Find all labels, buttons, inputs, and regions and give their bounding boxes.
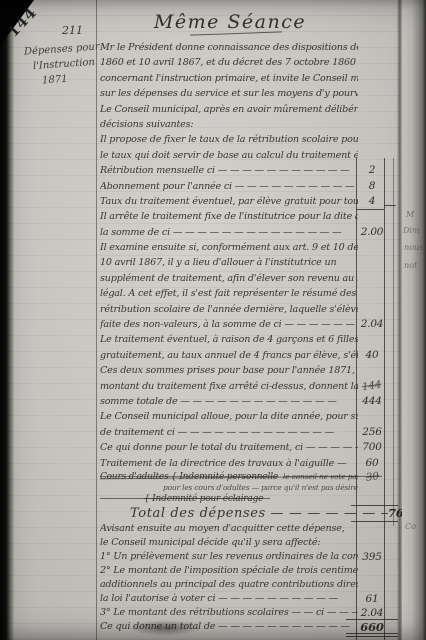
amount-value: 700 <box>358 440 398 455</box>
next-page-fragment: M <box>406 210 414 219</box>
amount-text: 8 <box>369 180 375 192</box>
line-text-wrap: montant du traitement fixe arrêté ci-des… <box>100 379 358 394</box>
manuscript-line: 3° Le montant des rétributions scolaires… <box>100 606 398 620</box>
manuscript-line: Le Conseil municipal, après en avoir mûr… <box>100 102 398 117</box>
line-text-wrap: Mr le Président donne connaissance des d… <box>100 40 358 55</box>
amount-value: 60 <box>358 456 398 471</box>
line-text: gratuitement, au taux annuel de 4 francs… <box>100 350 358 361</box>
line-text-wrap: Traitement de la directrice des travaux … <box>100 456 358 471</box>
line-text: de traitement ci — — — — — — — — — — — —… <box>100 427 334 438</box>
amount-text: 2.04 <box>361 607 384 619</box>
amount-value: 660 <box>358 620 398 634</box>
next-page-fragment: Dim <box>403 226 420 235</box>
next-page-fragment: not <box>404 261 417 270</box>
line-text: rétribution scolaire de l'année dernière… <box>100 304 358 315</box>
rule-below-760 <box>351 521 398 522</box>
manuscript-line: la loi l'autorise à voter ci — — — — — —… <box>100 592 398 606</box>
line-text: 10 avril 1867, il y a lieu d'allouer à l… <box>100 257 336 268</box>
manuscript-line: Rétribution mensuelle ci — — — — — — — —… <box>100 163 398 178</box>
amount-value: 2.04 <box>358 317 398 332</box>
amount-value: 61 <box>358 592 398 606</box>
manuscript-line: Le traitement éventuel, à raison de 4 ga… <box>100 332 398 347</box>
amount-text: 4 <box>369 195 375 207</box>
manuscript-line: rétribution scolaire de l'année dernière… <box>100 302 398 317</box>
manuscript-line: faite des non-valeurs, à la somme de ci … <box>100 317 398 332</box>
line-text: faite des non-valeurs, à la somme de ci … <box>100 319 358 330</box>
manuscript-line: somme totale de — — — — — — — — — — — — … <box>100 394 398 409</box>
line-text: Ce qui donne pour le total du traitement… <box>100 442 358 453</box>
amount-text: 444 <box>362 395 381 407</box>
amount-value: 40 <box>358 348 398 363</box>
manuscript-line: Ce qui donne pour le total du traitement… <box>100 440 398 455</box>
amount-text: 256 <box>362 426 381 438</box>
line-text-wrap: Total des dépenses — — — — — — — — — — — <box>100 505 388 522</box>
rule-above-660 <box>346 619 398 620</box>
line-text: Le Conseil municipal alloue, pour la dit… <box>100 411 358 422</box>
manuscript-line: 10 avril 1867, il y a lieu d'allouer à l… <box>100 255 398 270</box>
manuscript-line: le taux qui doit servir de base au calcu… <box>100 148 398 163</box>
line-text-wrap: Il propose de fixer le taux de la rétrib… <box>100 132 358 147</box>
line-text: somme totale de — — — — — — — — — — — — … <box>100 396 337 407</box>
rule-under-4 <box>356 209 384 210</box>
line-text: le Conseil municipal décide qu'il y sera… <box>100 537 320 548</box>
manuscript-line: Il examine ensuite si, conformément aux … <box>100 240 398 255</box>
manuscript-line: 1° Un prélèvement sur les revenus ordina… <box>100 550 398 564</box>
manuscript-line: gratuitement, au taux annuel de 4 francs… <box>100 348 398 363</box>
line-text: Il examine ensuite si, conformément aux … <box>100 242 358 253</box>
line-text-wrap: somme totale de — — — — — — — — — — — — … <box>100 394 358 409</box>
next-page-edge <box>402 0 426 640</box>
manuscript-line: montant du traitement fixe arrêté ci-des… <box>100 379 398 394</box>
line-text: concernant l'instruction primaire, et in… <box>100 73 358 84</box>
line-text: Il propose de fixer le taux de la rétrib… <box>100 134 358 145</box>
line-text-wrap: rétribution scolaire de l'année dernière… <box>100 302 358 317</box>
manuscript-line: additionnels au principal des quatre con… <box>100 578 398 592</box>
line-text-wrap: Avisant ensuite au moyen d'acquitter cet… <box>100 522 358 536</box>
line-text-wrap: Ces deux sommes prises pour base pour l'… <box>100 363 358 378</box>
manuscript-line: supplément de traitement, afin d'élever … <box>100 271 398 286</box>
amount-text: 30 <box>365 470 380 485</box>
entry-number: 211 <box>62 24 83 37</box>
margin-rule <box>96 0 97 640</box>
amount-value: 2.00 <box>358 225 398 240</box>
manuscript-line: légal. A cet effet, il s'est fait représ… <box>100 286 398 301</box>
manuscript-line: Total des dépenses — — — — — — — — — — —… <box>100 505 398 522</box>
amount-text: 144 <box>361 377 382 395</box>
line-text-wrap: Il examine ensuite si, conformément aux … <box>100 240 358 255</box>
amount-value: 444 <box>358 394 398 409</box>
line-text: Il arrête le traitement fixe de l'instit… <box>100 211 358 222</box>
book-binding <box>0 0 14 640</box>
line-text-wrap: légal. A cet effet, il s'est fait représ… <box>100 286 358 301</box>
line-text-wrap: 3° Le montant des rétributions scolaires… <box>100 606 358 620</box>
line-text: 1860 et 10 avril 1867, et du décret des … <box>100 57 358 68</box>
page-title: Même Séance <box>100 11 360 33</box>
manuscript-line: la somme de ci — — — — — — — — — — — — —… <box>100 225 398 240</box>
line-text: Avisant ensuite au moyen d'acquitter cet… <box>100 523 345 534</box>
amount-value: 144 <box>358 379 398 394</box>
line-text-wrap: Le Conseil municipal alloue, pour la dit… <box>100 409 358 424</box>
line-text-wrap: le Conseil municipal décide qu'il y sera… <box>100 536 358 550</box>
manuscript-line: décisions suivantes: <box>100 117 398 132</box>
manuscript-line: Mr le Président donne connaissance des d… <box>100 40 398 55</box>
amount-value: 4 <box>358 194 398 209</box>
amount-text: 2 <box>369 164 375 176</box>
rule-below-660b <box>346 636 398 637</box>
manuscript-line: Avisant ensuite au moyen d'acquitter cet… <box>100 522 398 536</box>
manuscript-line: Abonnement pour l'année ci — — — — — — —… <box>100 179 398 194</box>
next-page-fragment: nous <box>404 243 423 252</box>
line-text-wrap: gratuitement, au taux annuel de 4 francs… <box>100 348 358 363</box>
amount-text: 61 <box>366 593 379 605</box>
bottom-smudge <box>128 620 202 636</box>
line-text-wrap: 2° Le montant de l'imposition spéciale d… <box>100 564 358 578</box>
rule-above-760 <box>351 505 398 506</box>
amount-value: 256 <box>358 425 398 440</box>
manuscript-line: sur les dépenses du service et sur les m… <box>100 86 398 101</box>
manuscript-line: Le Conseil municipal alloue, pour la dit… <box>100 409 398 424</box>
line-text: Ces deux sommes prises pour base pour l'… <box>100 365 358 376</box>
line-text-wrap: le taux qui doit servir de base au calcu… <box>100 148 358 163</box>
line-text: Mr le Président donne connaissance des d… <box>100 42 358 53</box>
line-text: Taux du traitement éventuel, par élève g… <box>100 196 358 207</box>
line-text: additionnels au principal des quatre con… <box>100 579 358 590</box>
line-text-wrap: décisions suivantes: <box>100 117 358 132</box>
line-text: Total des dépenses — — — — — — — — — — — <box>130 506 388 521</box>
line-text-wrap: additionnels au principal des quatre con… <box>100 578 358 592</box>
manuscript-line: de traitement ci — — — — — — — — — — — —… <box>100 425 398 440</box>
line-text-wrap: de traitement ci — — — — — — — — — — — —… <box>100 425 358 440</box>
line-text: montant du traitement fixe arrêté ci-des… <box>100 381 358 392</box>
amount-text: 40 <box>366 349 379 361</box>
manuscript-line: 2° Le montant de l'imposition spéciale d… <box>100 564 398 578</box>
tick-second-column <box>384 205 396 206</box>
line-text: Le traitement éventuel, à raison de 4 ga… <box>100 334 358 345</box>
line-text-wrap: la loi l'autorise à voter ci — — — — — —… <box>100 592 358 606</box>
line-text: le taux qui doit servir de base au calcu… <box>100 150 358 161</box>
line-text: Le Conseil municipal, après en avoir mûr… <box>100 104 358 115</box>
line-text-wrap: Rétribution mensuelle ci — — — — — — — —… <box>100 163 358 178</box>
line-text-wrap: faite des non-valeurs, à la somme de ci … <box>100 317 358 332</box>
line-text-wrap: Ce qui donne pour le total du traitement… <box>100 440 358 455</box>
line-text: légal. A cet effet, il s'est fait représ… <box>100 288 358 299</box>
line-text-wrap: Il arrête le traitement fixe de l'instit… <box>100 209 358 224</box>
register-page-scan: 211 Dépenses pour l'Instruction 1871 Mêm… <box>0 0 426 640</box>
line-text: la loi l'autorise à voter ci — — — — — —… <box>100 593 338 604</box>
line-text: décisions suivantes: <box>100 119 193 130</box>
line-text: Rétribution mensuelle ci — — — — — — — —… <box>100 165 350 176</box>
rule-below-660a <box>346 633 398 634</box>
line-text-wrap: Le traitement éventuel, à raison de 4 ga… <box>100 332 358 347</box>
amount-text: 60 <box>366 457 379 469</box>
line-text: la somme de ci — — — — — — — — — — — — —… <box>100 227 341 238</box>
amount-value: 2.04 <box>358 606 398 620</box>
line-text-wrap: 1860 et 10 avril 1867, et du décret des … <box>100 55 358 70</box>
line-text: 1° Un prélèvement sur les revenus ordina… <box>100 551 358 562</box>
line-text: Traitement de la directrice des travaux … <box>100 458 346 469</box>
manuscript-line: Il arrête le traitement fixe de l'instit… <box>100 209 398 224</box>
line-text-wrap: 1° Un prélèvement sur les revenus ordina… <box>100 550 358 564</box>
amount-text: 2.00 <box>361 226 384 238</box>
amount-text: 700 <box>362 441 381 453</box>
manuscript-line: Taux du traitement éventuel, par élève g… <box>100 194 398 209</box>
next-page-fragment: Co <box>405 522 416 531</box>
strike-line-2 <box>100 498 270 499</box>
line-text: supplément de traitement, afin d'élever … <box>100 273 358 284</box>
manuscript-line: Il propose de fixer le taux de la rétrib… <box>100 132 398 147</box>
line-text-wrap: Taux du traitement éventuel, par élève g… <box>100 194 358 209</box>
amount-value: 395 <box>358 550 398 564</box>
manuscript-line: pour les cours d'adultes — parce qu'il n… <box>100 484 398 493</box>
manuscript-line: le Conseil municipal décide qu'il y sera… <box>100 536 398 550</box>
amount-text: 660 <box>360 620 383 634</box>
line-text: sur les dépenses du service et sur les m… <box>100 88 358 99</box>
amount-value: 2 <box>358 163 398 178</box>
amount-value: 8 <box>358 179 398 194</box>
manuscript-line: 1860 et 10 avril 1867, et du décret des … <box>100 55 398 70</box>
line-text-wrap: concernant l'instruction primaire, et in… <box>100 71 358 86</box>
line-text: 2° Le montant de l'imposition spéciale d… <box>100 565 358 576</box>
manuscript-line: Traitement de la directrice des travaux … <box>100 456 398 471</box>
margin-annotation: Dépenses pour l'Instruction 1871 <box>24 39 103 89</box>
line-text-wrap: supplément de traitement, afin d'élever … <box>100 271 358 286</box>
manuscript-line: concernant l'instruction primaire, et in… <box>100 71 398 86</box>
line-text-wrap: sur les dépenses du service et sur les m… <box>100 86 358 101</box>
document-body: Mr le Président donne connaissance des d… <box>100 40 398 634</box>
line-text-wrap: 10 avril 1867, il y a lieu d'allouer à l… <box>100 255 358 270</box>
amount-text: 2.04 <box>361 318 384 330</box>
manuscript-line: Ces deux sommes prises pour base pour l'… <box>100 363 398 378</box>
line-text: Abonnement pour l'année ci — — — — — — —… <box>100 181 354 192</box>
amount-text: 395 <box>362 551 381 563</box>
line-text-wrap: la somme de ci — — — — — — — — — — — — —… <box>100 225 358 240</box>
line-text: 3° Le montant des rétributions scolaires… <box>100 607 358 618</box>
line-text-wrap: Le Conseil municipal, après en avoir mûr… <box>100 102 358 117</box>
line-text-wrap: Abonnement pour l'année ci — — — — — — —… <box>100 179 358 194</box>
interlinear-note: pour les cours d'adultes — parce qu'il n… <box>163 483 358 492</box>
